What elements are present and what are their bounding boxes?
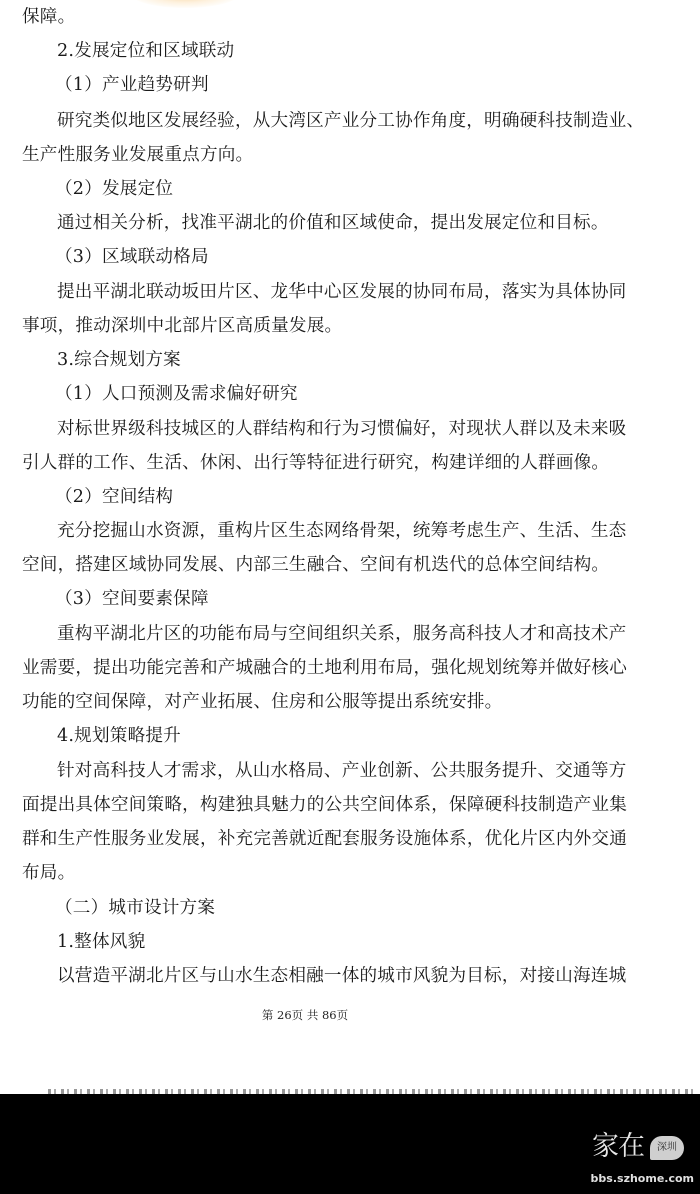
- subsection-heading: （2）发展定位: [55, 172, 173, 206]
- chapter-subheading: （二）城市设计方案: [55, 891, 215, 925]
- paragraph-line: 研究类似地区发展经验，从大湾区产业分工协作角度，明确硬科技制造业、: [57, 104, 644, 138]
- paragraph-line: 针对高科技人才需求，从山水格局、产业创新、公共服务提升、交通等方: [57, 754, 626, 788]
- section-heading: 4.规划策略提升: [57, 719, 181, 753]
- paragraph-line: 重构平湖北片区的功能布局与空间组织关系，服务高科技人才和高技术产: [57, 617, 626, 651]
- section-heading: 3.综合规划方案: [57, 343, 181, 377]
- paragraph-line: 通过相关分析，找准平湖北的价值和区域使命，提出发展定位和目标。: [57, 206, 609, 240]
- section-heading: 1.整体风貌: [57, 925, 145, 959]
- page-number-footer: 第 26页 共 86页: [0, 1004, 610, 1026]
- document-page: 保障。 2.发展定位和区域联动 （1）产业趋势研判 研究类似地区发展经验，从大湾…: [0, 0, 700, 1094]
- paragraph-line: 引人群的工作、生活、休闲、出行等特征进行研究，构建详细的人群画像。: [22, 446, 609, 480]
- watermark-badge: 深圳: [650, 1136, 684, 1160]
- subsection-heading: （2）空间结构: [55, 480, 173, 514]
- paragraph-line: 充分挖掘山水资源，重构片区生态网络骨架，统筹考虑生产、生活、生态: [57, 514, 626, 548]
- paragraph-line: 对标世界级科技城区的人群结构和行为习惯偏好，对现状人群以及未来吸: [57, 412, 626, 446]
- paragraph-line: 保障。: [22, 0, 75, 34]
- subsection-heading: （1）产业趋势研判: [55, 68, 209, 102]
- paragraph-line: 空间，搭建区域协同发展、内部三生融合、空间有机迭代的总体空间结构。: [22, 548, 609, 582]
- subsection-heading: （3）区域联动格局: [55, 240, 209, 274]
- section-heading: 2.发展定位和区域联动: [57, 34, 234, 68]
- paragraph-line: 以营造平湖北片区与山水生态相融一体的城市风貌为目标，对接山海连城: [57, 959, 626, 993]
- paragraph-line: 布局。: [22, 856, 75, 890]
- paragraph-line: 面提出具体空间策略，构建独具魅力的公共空间体系，保障硬科技制造产业集: [22, 788, 627, 822]
- subsection-heading: （1）人口预测及需求偏好研究: [55, 377, 298, 411]
- subsection-heading: （3）空间要素保障: [55, 582, 209, 616]
- paragraph-line: 功能的空间保障，对产业拓展、住房和公服等提出系统安排。: [22, 685, 502, 719]
- watermark-url: bbs.szhome.com: [584, 1172, 694, 1186]
- paragraph-line: 业需要，提出功能完善和产城融合的土地利用布局，强化规划统筹并做好核心: [22, 651, 627, 685]
- paragraph-line: 群和生产性服务业发展，补充完善就近配套服务设施体系，优化片区内外交通: [22, 822, 627, 856]
- black-bottom-band: 家在 深圳 bbs.szhome.com: [0, 1094, 700, 1194]
- paragraph-line: 事项，推动深圳中北部片区高质量发展。: [22, 309, 342, 343]
- paragraph-line: 提出平湖北联动坂田片区、龙华中心区发展的协同布局，落实为具体协同: [57, 275, 626, 309]
- watermark-logo-text: 家在: [592, 1130, 644, 1164]
- paragraph-line: 生产性服务业发展重点方向。: [22, 138, 253, 172]
- site-watermark: 家在 深圳 bbs.szhome.com: [584, 1130, 694, 1186]
